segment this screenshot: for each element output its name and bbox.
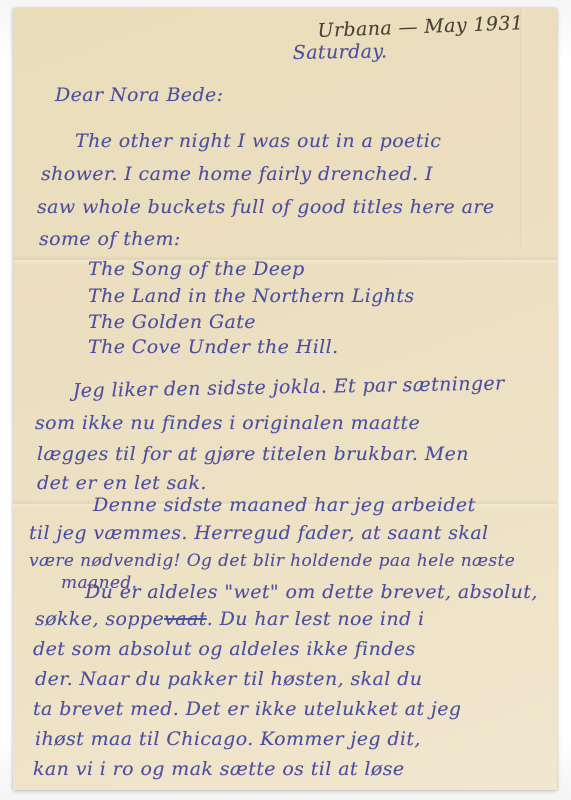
title-list-item: The Cove Under the Hill. [88, 336, 339, 358]
letter-line: The other night I was out in a poetic [75, 130, 441, 152]
letter-line: det som absolut og aldeles ikke findes [33, 638, 416, 660]
letter-line: til jeg væmmes. Herregud fader, at saant… [29, 522, 489, 544]
scan-background: Urbana — May 1931 Saturday. Dear Nora Be… [0, 0, 571, 800]
letter-line: der. Naar du pakker til høsten, skal du [35, 668, 422, 690]
line-segment: søkke, soppe [35, 608, 164, 630]
letter-line: Denne sidste maaned har jeg arbeidet [93, 494, 476, 516]
letter-line: ta brevet med. Det er ikke utelukket at … [33, 698, 461, 720]
letter-line: Du er aldeles "wet" om dette brevet, abs… [85, 581, 538, 603]
letter-line: det er en let sak. [37, 472, 207, 494]
fold-crease-vertical [519, 8, 524, 248]
title-list-item: The Land in the Northern Lights [88, 285, 415, 307]
letter-line: some of them: [39, 228, 181, 250]
title-list-item: The Golden Gate [88, 311, 256, 333]
title-list-item: The Song of the Deep [88, 258, 305, 280]
heading-place-date: Urbana — May 1931 [317, 12, 524, 42]
letter-line: søkke, soppevaat. Du har lest noe ind i [35, 608, 425, 630]
letter-line: kan vi i ro og mak sætte os til at løse [33, 758, 405, 780]
letter-line: saw whole buckets full of good titles he… [37, 196, 494, 218]
letter-line: som ikke nu findes i originalen maatte [35, 412, 420, 434]
letter-line: shower. I came home fairly drenched. I [41, 163, 433, 185]
heading-day: Saturday. [293, 40, 388, 64]
line-segment: . Du har lest noe ind i [207, 608, 425, 630]
letter-paper: Urbana — May 1931 Saturday. Dear Nora Be… [13, 8, 557, 790]
letter-line: lægges til for at gjøre titelen brukbar.… [37, 443, 469, 465]
letter-line: Jeg liker den sidste jokla. Et par sætni… [73, 372, 505, 402]
letter-line: ihøst maa til Chicago. Kommer jeg dit, [35, 728, 421, 750]
salutation: Dear Nora Bede: [55, 84, 223, 106]
struck-word: vaat [164, 608, 207, 630]
letter-line: være nødvendig! Og det blir holdende paa… [29, 551, 515, 571]
